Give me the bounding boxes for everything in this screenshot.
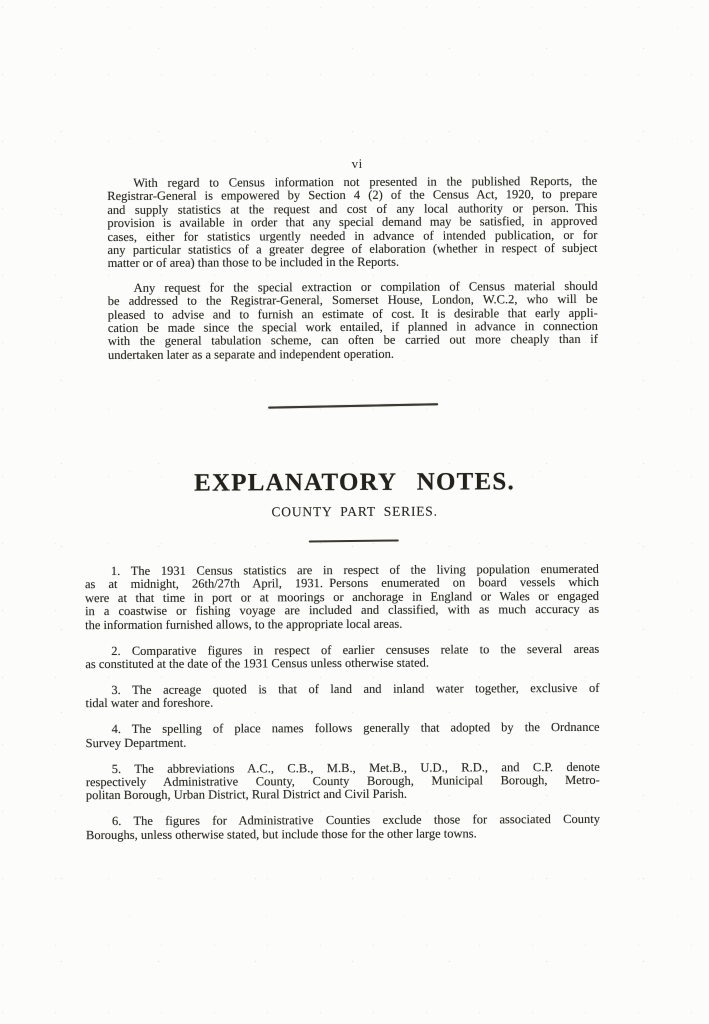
document-page: vi With regard to Census information not…: [0, 0, 709, 1024]
note-item: 2. Comparative figures in respect of ear…: [85, 642, 599, 671]
text-line: undertaken later as a separate and indep…: [108, 347, 598, 363]
intro-paragraph: Any request for the special extraction o…: [84, 280, 598, 363]
note-item: 5. The abbreviations A.C., C.B., M.B., M…: [86, 760, 600, 802]
text-line: tidal water and foreshore.: [85, 695, 599, 711]
note-item: 1. The 1931 Census statistics are in res…: [85, 563, 599, 632]
notes-list: 1. The 1931 Census statistics are in res…: [85, 563, 600, 842]
intro-paragraphs: With regard to Census information not pr…: [83, 175, 598, 363]
note-item: 6. The figures for Administrative Counti…: [86, 813, 600, 842]
page-content: vi With regard to Census information not…: [83, 156, 600, 855]
text-line: 3. The acreage quoted is that of land an…: [85, 682, 599, 698]
note-item: 4. The spelling of place names follows g…: [86, 721, 600, 750]
section-title: EXPLANATORY NOTES.: [97, 468, 611, 497]
text-line: matter or of area) than those to be incl…: [108, 255, 598, 271]
divider-rule-long: [268, 404, 438, 409]
text-line: Boroughs, unless otherwise stated, but i…: [86, 827, 600, 843]
text-line: as constituted at the date of the 1931 C…: [85, 656, 599, 672]
divider-rule-short: [309, 540, 399, 543]
text-line: the information furnished allows, to the…: [85, 617, 599, 633]
text-line: Survey Department.: [86, 735, 600, 751]
text-line: politan Borough, Urban District, Rural D…: [86, 787, 600, 803]
text-line: 4. The spelling of place names follows g…: [86, 721, 600, 737]
section-subtitle: COUNTY PART SERIES.: [98, 504, 612, 520]
note-item: 3. The acreage quoted is that of land an…: [85, 682, 599, 711]
page-number: vi: [100, 156, 614, 171]
intro-paragraph: With regard to Census information not pr…: [83, 175, 597, 271]
